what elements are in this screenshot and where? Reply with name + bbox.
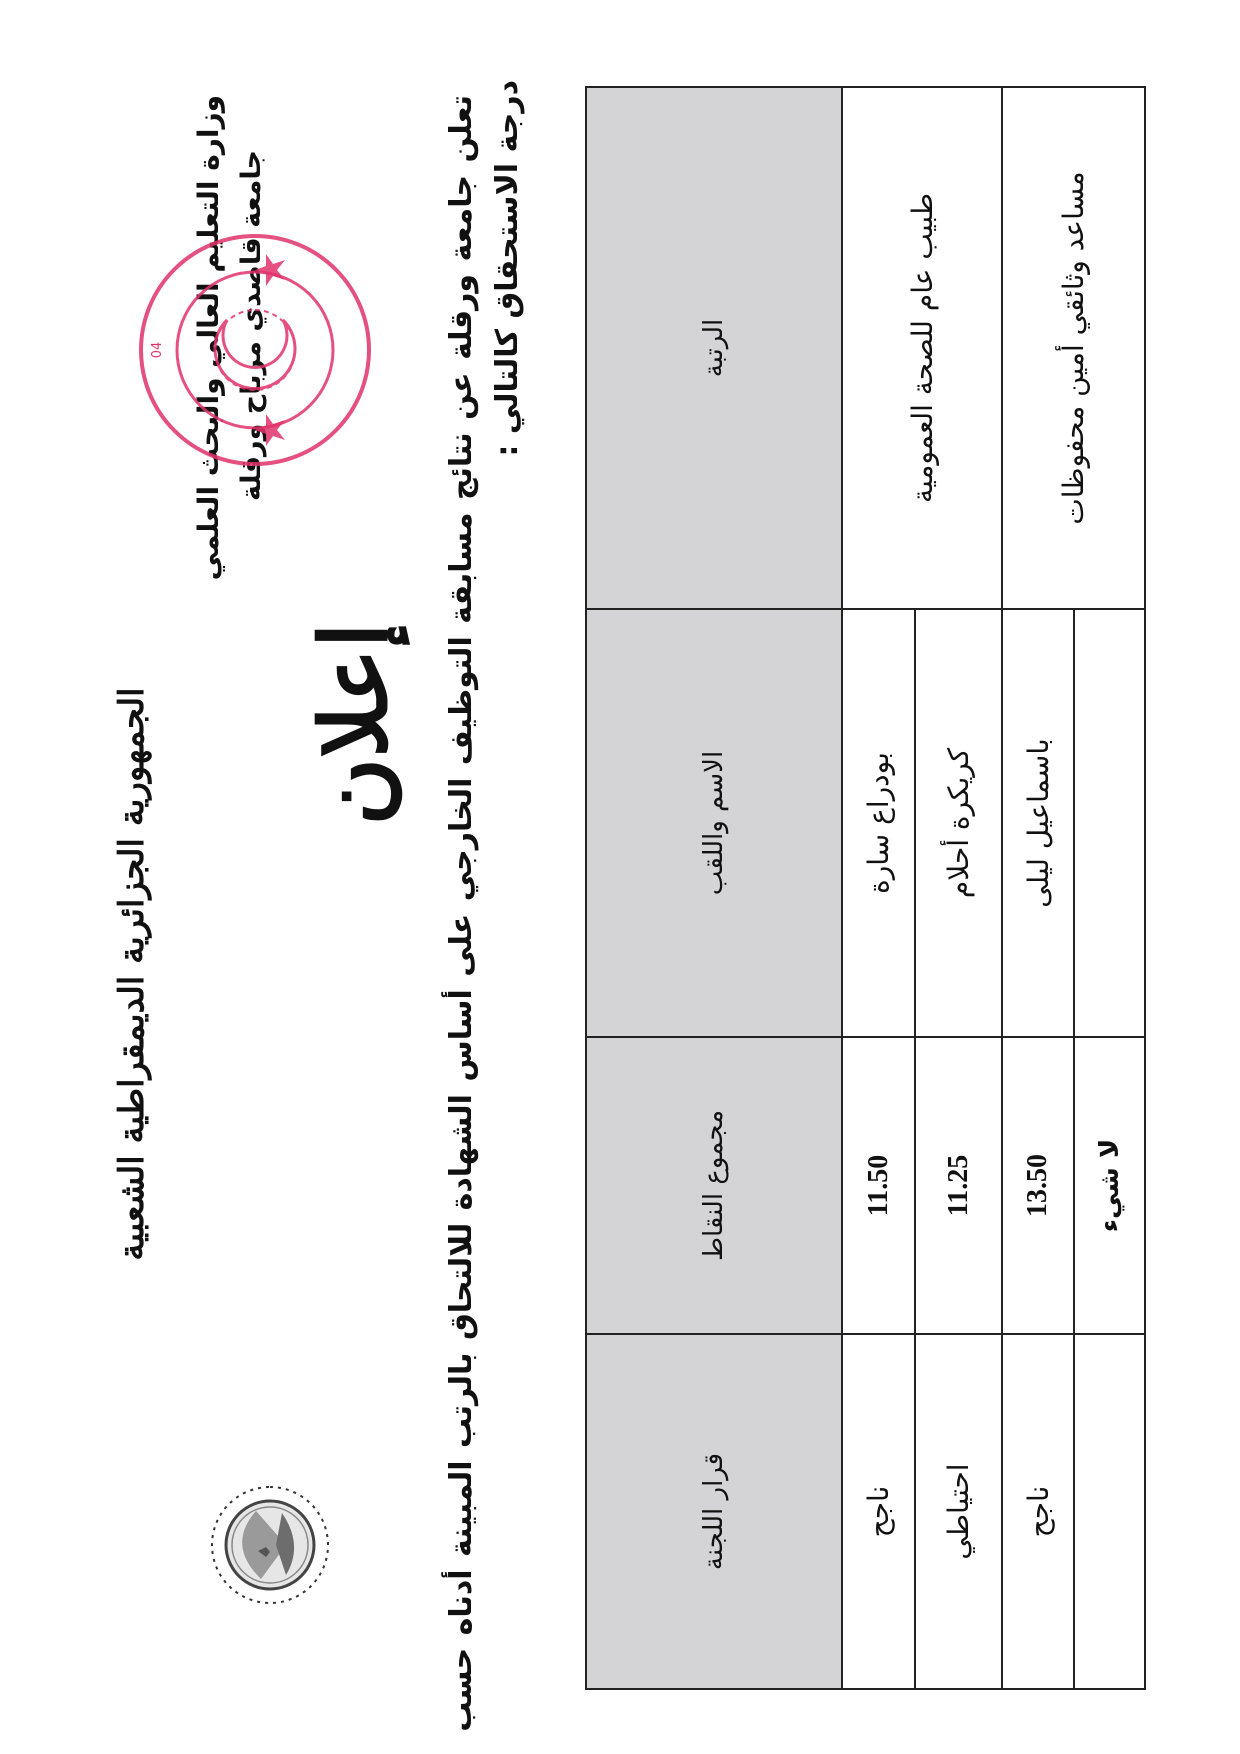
decision-cell: ناجح xyxy=(1002,1334,1074,1689)
republic-header: الجمهورية الجزائرية الديمقراطية الشعبية xyxy=(112,574,152,1374)
name-cell: كريكرة أحلام xyxy=(915,609,1002,1037)
score-cell: 11.25 xyxy=(915,1037,1002,1334)
name-cell: باسماعيل ليلى xyxy=(1002,609,1074,1037)
university-logo-icon xyxy=(206,1481,334,1609)
name-cell: بودراع سارة xyxy=(842,609,915,1037)
score-cell: 13.50 xyxy=(1002,1037,1074,1334)
document-page: الجمهورية الجزائرية الديمقراطية الشعبية … xyxy=(0,0,1240,1754)
header-grade: الرتبة xyxy=(586,87,842,609)
svg-text:04: 04 xyxy=(150,342,165,359)
header-name: الاسم واللقب xyxy=(586,609,842,1037)
announcement-text: تعلن جامعة ورقلة عن نتائج مسابقة التوظيف… xyxy=(444,95,479,1732)
none-cell: لا شيء xyxy=(1074,1037,1145,1334)
header-decision: قرار اللجنة xyxy=(586,1334,842,1689)
score-cell: 11.50 xyxy=(842,1037,915,1334)
decision-cell: ناجح xyxy=(842,1334,915,1689)
grade-cell: مساعد وثائقي أمين محفوظات xyxy=(1002,87,1145,609)
name-cell xyxy=(1074,609,1145,1037)
table-row: مساعد وثائقي أمين محفوظات باسماعيل ليلى … xyxy=(1002,87,1074,1689)
announcement-text-continued: درجة الاستحقاق كالتالي : xyxy=(490,80,525,457)
decision-cell: احتياطي xyxy=(915,1334,1002,1689)
results-table: الرتبة الاسم واللقب مجموع النقاط قرار ال… xyxy=(585,86,1146,1690)
table-header-row: الرتبة الاسم واللقب مجموع النقاط قرار ال… xyxy=(586,87,842,1689)
table-row: طبيب عام للصحة العمومية بودراع سارة 11.5… xyxy=(842,87,915,1689)
header-score: مجموع النقاط xyxy=(586,1037,842,1334)
grade-cell: طبيب عام للصحة العمومية xyxy=(842,87,1002,609)
decision-cell xyxy=(1074,1334,1145,1689)
announcement-title: إعلان xyxy=(300,374,408,1074)
